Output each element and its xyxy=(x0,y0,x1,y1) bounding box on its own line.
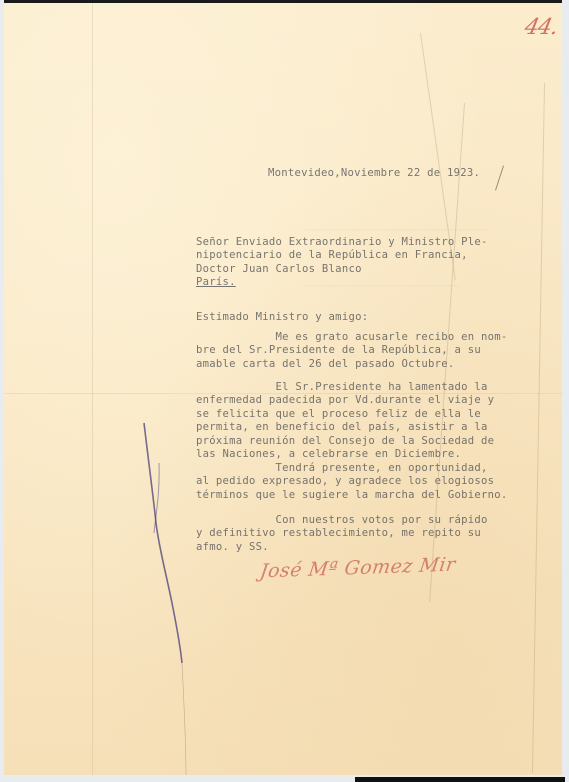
text-line: Con nuestros votos por su rápido xyxy=(196,514,488,526)
paragraph-2: El Sr.Presidente ha lamentado la enferme… xyxy=(196,381,494,461)
folio-number: 44. xyxy=(522,15,559,40)
scan-bottom-edge xyxy=(355,777,565,782)
text-line: permita, en beneficio del país, asistir … xyxy=(196,421,488,433)
addressee-city: París. xyxy=(196,276,236,288)
text-line: El Sr.Presidente ha lamentado la xyxy=(196,381,488,393)
date-line: Montevideo,Noviembre 22 de 1923. xyxy=(268,167,480,180)
salutation: Estimado Ministro y amigo: xyxy=(196,311,368,324)
text-line: afmo. y SS. xyxy=(196,541,269,553)
text-line: y definitivo restablecimiento, me repito… xyxy=(196,527,481,539)
text-line: enfermedad padecida por Vd.durante el vi… xyxy=(196,394,494,406)
text-line: amable carta del 26 del pasado Octubre. xyxy=(196,358,455,370)
text-line: las Naciones, a celebrarse en Diciembre. xyxy=(196,448,461,460)
paragraph-3: Tendrá presente, en oportunidad, al pedi… xyxy=(196,462,508,502)
text-line: próxima reunión del Consejo de la Socied… xyxy=(196,435,494,447)
text-line: al pedido expresado, y agradece los elog… xyxy=(196,475,494,487)
text-line: Me es grato acusarle recibo en nom- xyxy=(196,331,508,343)
paragraph-4: Con nuestros votos por su rápido y defin… xyxy=(196,514,488,554)
addressee-line-1: Señor Enviado Extraordinario y Ministro … xyxy=(196,236,488,248)
addressee-line-3: Doctor Juan Carlos Blanco xyxy=(196,263,362,275)
text-line: términos que le sugiere la marcha del Go… xyxy=(196,489,508,501)
addressee-block: Señor Enviado Extraordinario y Ministro … xyxy=(196,236,488,290)
text-line: Tendrá presente, en oportunidad, xyxy=(196,462,488,474)
paragraph-1: Me es grato acusarle recibo en nom- bre … xyxy=(196,331,508,371)
text-line: bre del Sr.Presidente de la República, a… xyxy=(196,344,481,356)
text-line: se felicita que el proceso feliz de ella… xyxy=(196,408,481,420)
addressee-line-2: nipotenciario de la República en Francia… xyxy=(196,249,468,261)
